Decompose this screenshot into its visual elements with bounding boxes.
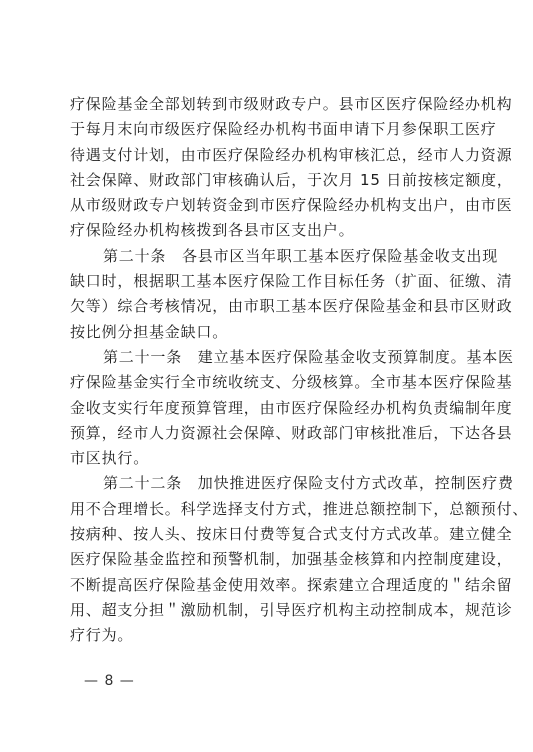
text-line: 疗保险基金实行全市统收统支、分级核算。全市基本医疗保险基 [70, 370, 468, 395]
page-number: — 8 — [84, 671, 135, 691]
text-line: 医疗保险基金监控和预警机制，加强基金核算和内控制度建设， [70, 547, 468, 572]
text-line: 缺口时，根据职工基本医疗保险工作目标任务（扩面、征缴、清 [70, 269, 468, 294]
text-line: 市区执行。 [70, 446, 468, 471]
text-line: 不断提高医疗保险基金使用效率。探索建立合理适度的＂结余留 [70, 573, 468, 598]
text-line: 金收支实行年度预算管理，由市医疗保险经办机构负责编制年度 [70, 396, 468, 421]
article-21-heading-line: 第二十一条 建立基本医疗保险基金收支预算制度。基本医 [70, 345, 468, 370]
text-line: 预算，经市人力资源社会保障、财政部门审核批准后，下达各县 [70, 421, 468, 446]
text-line: 从市级财政专户划转资金到市医疗保险经办机构支出户，由市医 [70, 193, 468, 218]
article-20-heading-line: 第二十条 各县市区当年职工基本医疗保险基金收支出现 [70, 244, 468, 269]
text-line: 用、超支分担＂激励机制，引导医疗机构主动控制成本，规范诊 [70, 598, 468, 623]
text-line: 待遇支付计划，由市医疗保险经办机构审核汇总，经市人力资源 [70, 143, 468, 168]
text-line: 疗保险经办机构核拨到各县市区支出户。 [70, 218, 468, 243]
text-line: 社会保障、财政部门审核确认后，于次月 15 日前按核定额度， [70, 168, 468, 193]
text-line: 于每月末向市级医疗保险经办机构书面申请下月参保职工医疗 [70, 117, 468, 142]
text-line: 用不合理增长。科学选择支付方式，推进总额控制下，总额预付、 [70, 497, 468, 522]
text-line: 疗行为。 [70, 623, 468, 648]
document-page: 疗保险基金全部划转到市级财政专户。县市区医疗保险经办机构 于每月末向市级医疗保险… [0, 0, 533, 752]
text-line: 按病种、按人头、按床日付费等复合式支付方式改革。建立健全 [70, 522, 468, 547]
article-22-heading-line: 第二十二条 加快推进医疗保险支付方式改革，控制医疗费 [70, 471, 468, 496]
document-body: 疗保险基金全部划转到市级财政专户。县市区医疗保险经办机构 于每月末向市级医疗保险… [70, 92, 468, 649]
text-line: 欠等）综合考核情况，由市职工基本医疗保险基金和县市区财政 [70, 294, 468, 319]
text-line: 疗保险基金全部划转到市级财政专户。县市区医疗保险经办机构 [70, 92, 468, 117]
text-line: 按比例分担基金缺口。 [70, 320, 468, 345]
